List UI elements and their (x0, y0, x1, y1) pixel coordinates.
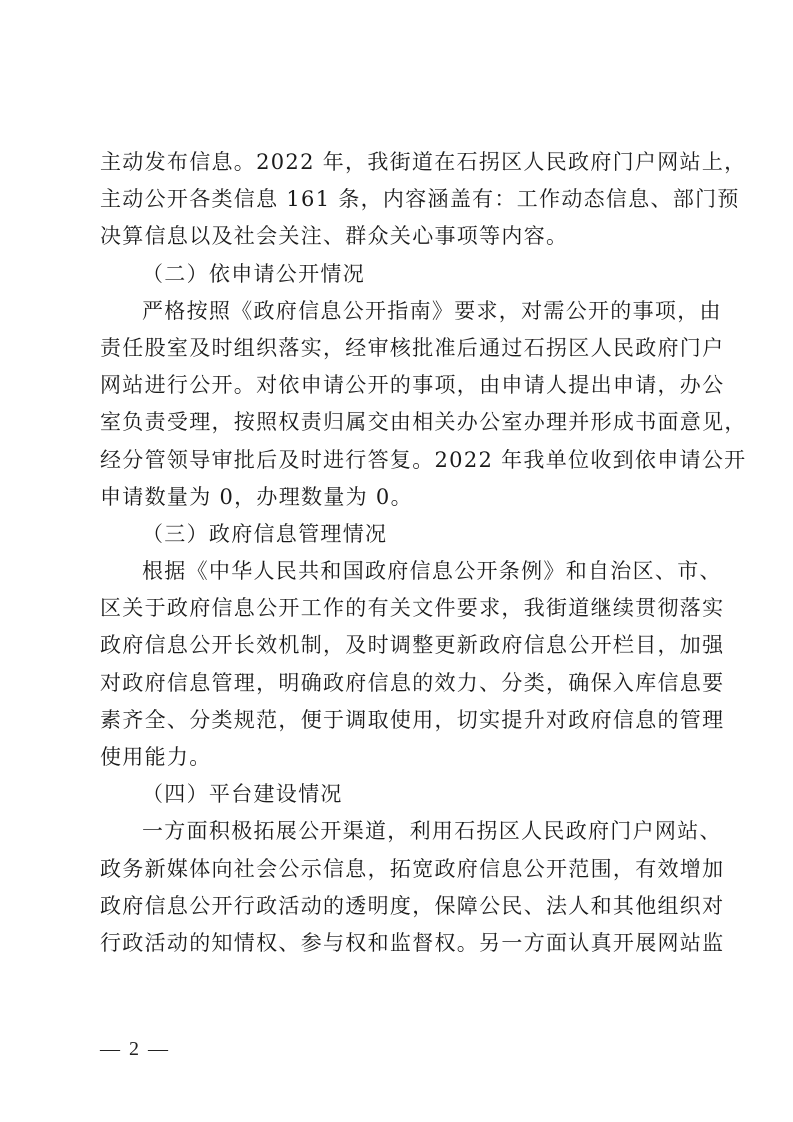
section-heading-4: （四）平台建设情况 (100, 776, 696, 813)
paragraph-start: 根据《中华人民共和国政府信息公开条例》和自治区、市、 (100, 553, 696, 590)
text-line: 室负责受理，按照权责归属交由相关办公室办理并形成书面意见， (100, 404, 696, 441)
text-line: 使用能力。 (100, 739, 696, 776)
text-line: 责任股室及时组织落实，经审核批准后通过石拐区人民政府门户 (100, 330, 696, 367)
paragraph-start: 严格按照《政府信息公开指南》要求，对需公开的事项，由 (100, 293, 696, 330)
document-body: 主动发布信息。2022 年，我街道在石拐区人民政府门户网站上， 主动公开各类信息… (100, 144, 696, 962)
text-line: 政府信息公开行政活动的透明度，保障公民、法人和其他组织对 (100, 888, 696, 925)
text-line: 网站进行公开。对依申请公开的事项，由申请人提出申请，办公 (100, 367, 696, 404)
text-line: 区关于政府信息公开工作的有关文件要求，我街道继续贯彻落实 (100, 590, 696, 627)
text-line: 主动发布信息。2022 年，我街道在石拐区人民政府门户网站上， (100, 144, 696, 181)
page-number: — 2 — (100, 1038, 170, 1061)
paragraph-start: 一方面积极拓展公开渠道，利用石拐区人民政府门户网站、 (100, 813, 696, 850)
text-line: 主动公开各类信息 161 条，内容涵盖有：工作动态信息、部门预 (100, 181, 696, 218)
text-line: 决算信息以及社会关注、群众关心事项等内容。 (100, 218, 696, 255)
text-line: 对政府信息管理，明确政府信息的效力、分类，确保入库信息要 (100, 665, 696, 702)
text-line: 申请数量为 0，办理数量为 0。 (100, 479, 696, 516)
section-heading-3: （三）政府信息管理情况 (100, 516, 696, 553)
text-line: 政务新媒体向社会公示信息，拓宽政府信息公开范围，有效增加 (100, 851, 696, 888)
text-line: 经分管领导审批后及时进行答复。2022 年我单位收到依申请公开 (100, 442, 696, 479)
document-page: 主动发布信息。2022 年，我街道在石拐区人民政府门户网站上， 主动公开各类信息… (0, 0, 793, 1122)
text-line: 素齐全、分类规范，便于调取使用，切实提升对政府信息的管理 (100, 702, 696, 739)
text-line: 行政活动的知情权、参与权和监督权。另一方面认真开展网站监 (100, 925, 696, 962)
section-heading-2: （二）依申请公开情况 (100, 256, 696, 293)
text-line: 政府信息公开长效机制，及时调整更新政府信息公开栏目，加强 (100, 627, 696, 664)
